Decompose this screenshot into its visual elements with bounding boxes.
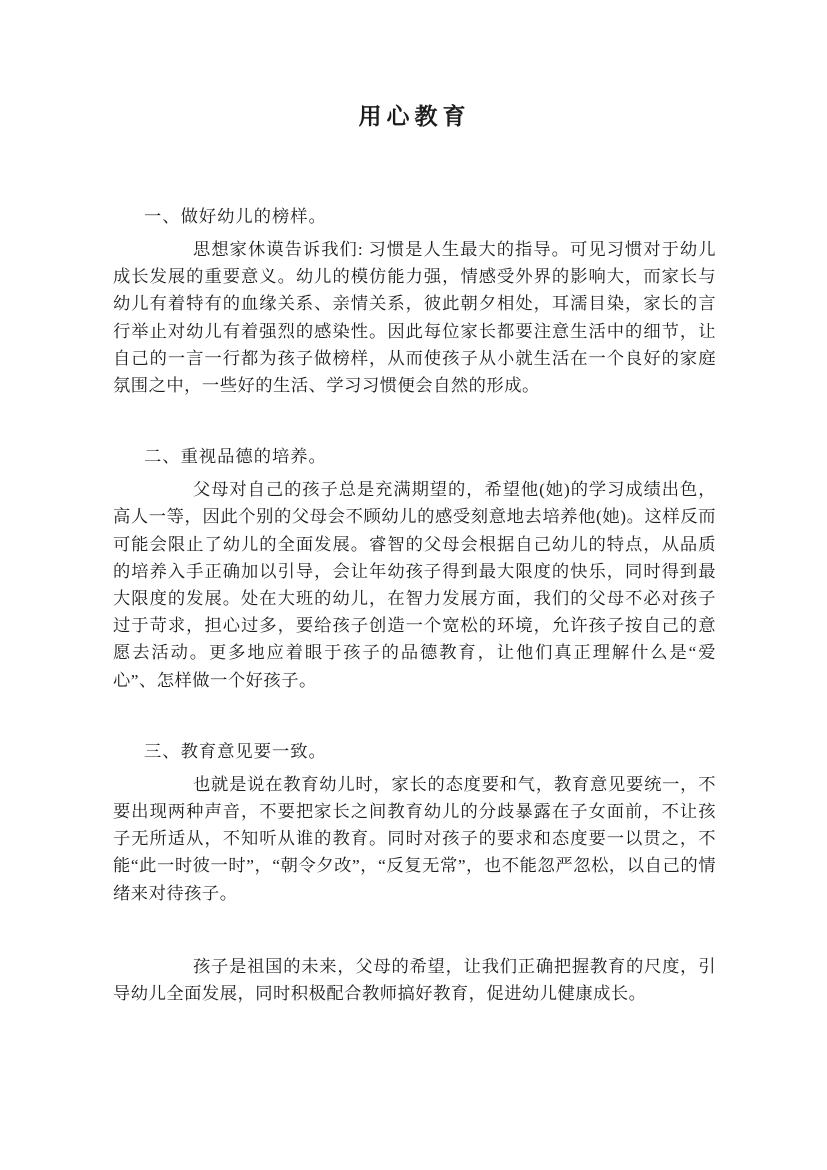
closing-paragraph: 孩子是祖国的未来，父母的希望，让我们正确把握教育的尺度，引导幼儿全面发展，同时积… [113, 953, 716, 1007]
section-paragraph-3: 也就是说在教育幼儿时，家长的态度要和气，教育意见要统一，不要出现两种声音，不要把… [113, 771, 716, 907]
section-paragraph-2: 父母对自己的孩子总是充满期望的，希望他(她)的学习成绩出色，高人一等，因此个别的… [113, 476, 716, 694]
section-moral-cultivation: 二、重视品德的培养。 父母对自己的孩子总是充满期望的，希望他(她)的学习成绩出色… [113, 443, 716, 694]
section-paragraph-1: 思想家休谟告诉我们: 习惯是人生最大的指导。可见习惯对于幼儿成长发展的重要意义。… [113, 236, 716, 399]
section-heading-3: 三、教育意见要一致。 [113, 738, 716, 765]
document-page: 用心教育 一、做好幼儿的榜样。 思想家休谟告诉我们: 习惯是人生最大的指导。可见… [0, 0, 827, 1170]
section-consistent-opinions: 三、教育意见要一致。 也就是说在教育幼儿时，家长的态度要和气，教育意见要统一，不… [113, 738, 716, 907]
section-making-role-model: 一、做好幼儿的榜样。 思想家休谟告诉我们: 习惯是人生最大的指导。可见习惯对于幼… [113, 203, 716, 399]
document-title: 用心教育 [113, 103, 716, 131]
section-heading-2: 二、重视品德的培养。 [113, 443, 716, 470]
section-heading-1: 一、做好幼儿的榜样。 [113, 203, 716, 230]
